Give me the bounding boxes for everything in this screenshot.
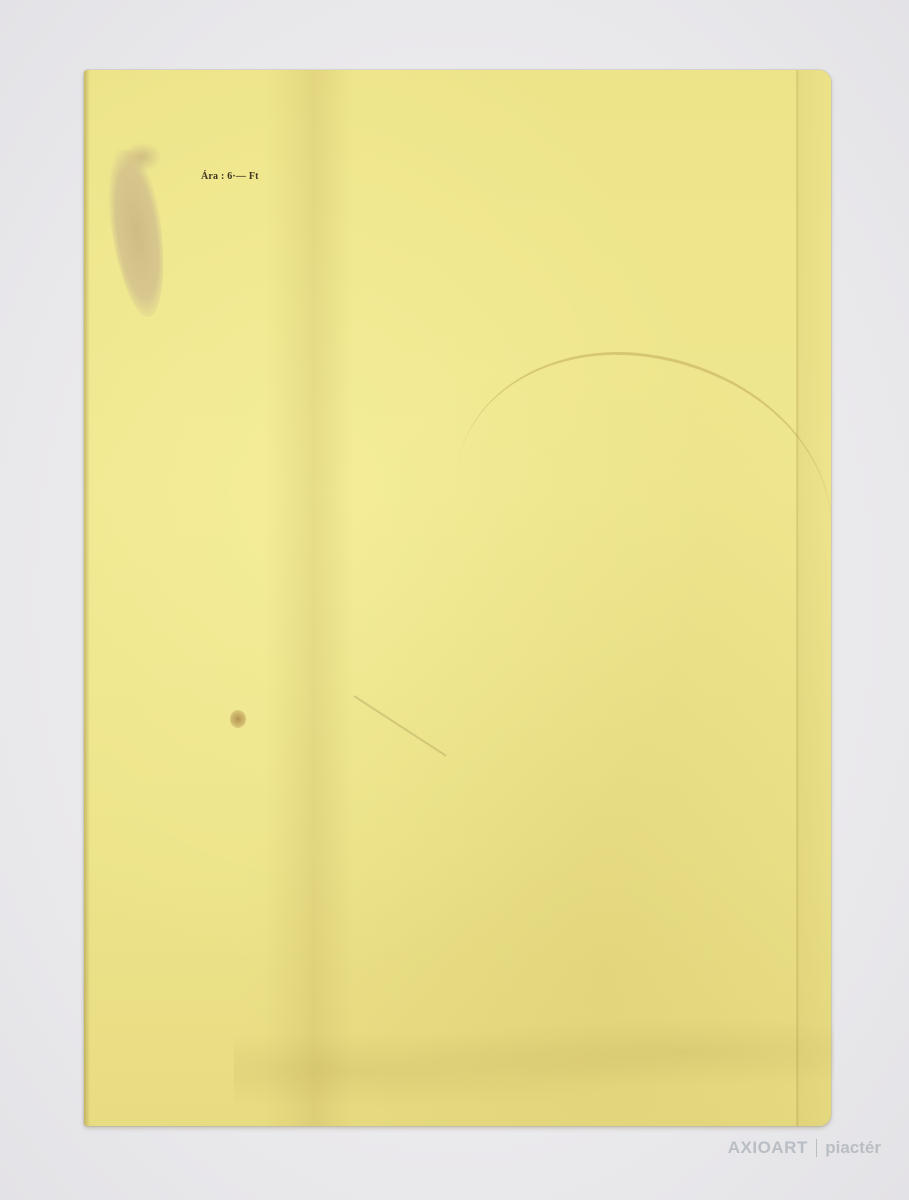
- watermark-separator: [816, 1139, 818, 1157]
- axioart-watermark: AXIOART piactér: [728, 1138, 881, 1158]
- price-label: Ára : 6·— Ft: [201, 171, 259, 182]
- spine-strip: [799, 70, 831, 1126]
- diagonal-stain-line: [353, 695, 446, 757]
- curved-stain-line: [435, 330, 853, 683]
- left-edge-stain-top: [122, 142, 162, 172]
- book-back-cover: Ára : 6·— Ft: [84, 70, 831, 1126]
- brown-spot-stain: [230, 710, 246, 728]
- bottom-stains: [234, 1016, 834, 1106]
- watermark-section: piactér: [825, 1138, 881, 1158]
- watermark-brand: AXIOART: [728, 1138, 808, 1158]
- vertical-water-stain: [264, 70, 354, 1126]
